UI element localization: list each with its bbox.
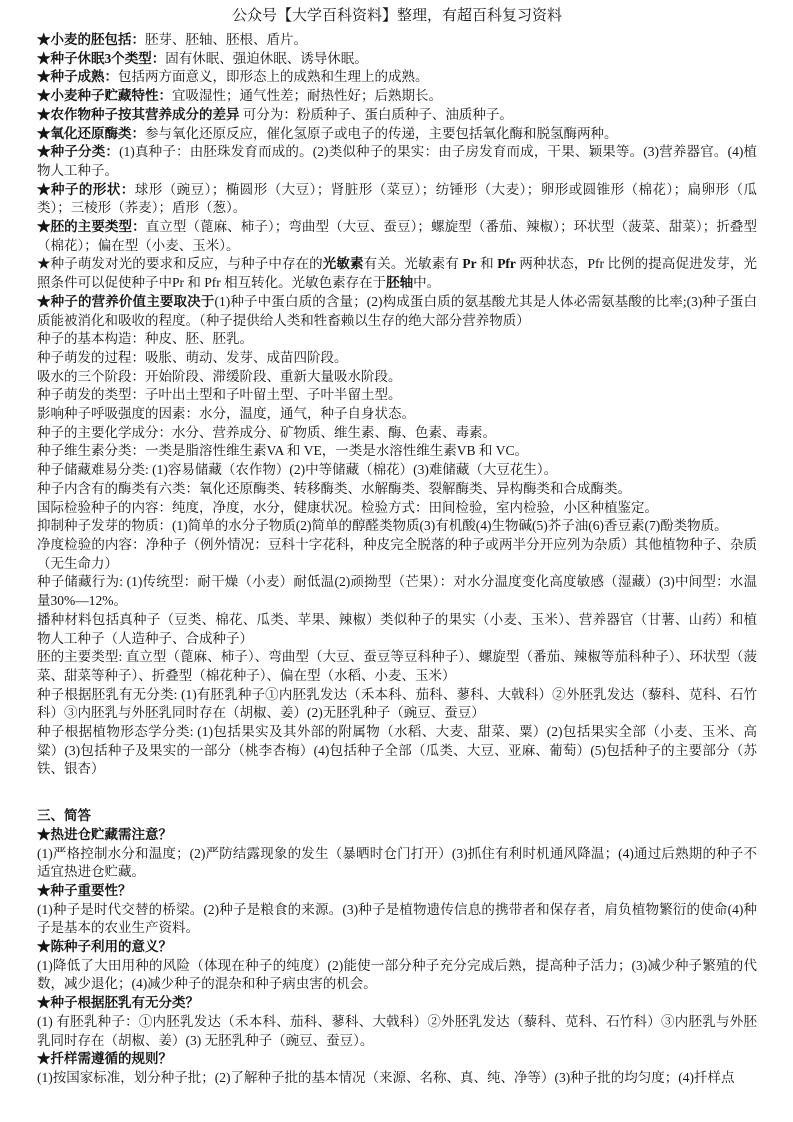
paragraph: 净度检验的内容：净种子（例外情况：豆科十字花科，种皮完全脱落的种子或两半分开应列… (37, 536, 757, 573)
paragraph: 种子的基本构造：种皮、胚、胚乳。 (37, 330, 757, 349)
section-heading: 三、简答 (37, 807, 757, 826)
text-run: 抑制种子发芽的物质：(1)简单的水分子物质(2)简单的醇醛类物质(3)有机酸(4… (37, 518, 728, 533)
text-run-bold: ★种子重要性？ (37, 883, 132, 898)
text-run: (1)降低了大田用种的风险（体现在种子的纯度）(2)能使一部分种子充分完成后熟，… (37, 958, 757, 992)
text-run: 净度检验的内容：净种子（例外情况：豆科十字花科，种皮完全脱落的种子或两半分开应列… (37, 537, 757, 571)
paragraph: 种子维生素分类：一类是脂溶性维生素VA 和 VE，一类是水溶性维生素VB 和 V… (37, 442, 757, 461)
paragraph: ★种子根据胚乳有无分类？ (37, 994, 757, 1013)
document-content: 公众号【大学百科资料】整理，有超百科复习资料 ★小麦的胚包括：胚芽、胚轴、胚根、… (0, 0, 793, 1088)
paragraph: 种子内含有的酶类有六类：氧化还原酶类、转移酶类、水解酶类、裂解酶类、异构酶类和合… (37, 480, 757, 499)
paragraph: 国际检验种子的内容：纯度，净度，水分，健康状况。检验方式：田间检验，室内检验，小… (37, 499, 757, 518)
section-review-notes: ★小麦的胚包括：胚芽、胚轴、胚根、盾片。★种子休眠3个类型：固有休眠、强迫休眠、… (37, 31, 757, 779)
text-run-bold: ★小麦种子贮藏特性： (37, 88, 172, 103)
text-run: 参与氧化还原反应，催化氢原子或电子的传递，主要包括氧化酶和脱氢酶两种。 (145, 126, 618, 141)
text-run: 种子根据胚乳有无分类: (1)有胚乳种子①内胚乳发达（禾本科、茄科、蓼科、大戟科… (37, 687, 757, 721)
text-run: 宜吸湿性；通气性差；耐热性好；后熟期长。 (172, 88, 442, 103)
text-run-bold: ★农作物种子按其营养成分的差异 (37, 107, 240, 122)
paragraph: ★氧化还原酶类：参与氧化还原反应，催化氢原子或电子的传递，主要包括氧化酶和脱氢酶… (37, 125, 757, 144)
text-run-bold: Pfr (497, 256, 516, 271)
text-run: (1)严格控制水分和温度；(2)严防结露现象的发生（暴晒时仓门打开）(3)抓住有… (37, 846, 757, 880)
text-run: 国际检验种子的内容：纯度，净度，水分，健康状况。检验方式：田间检验，室内检验，小… (37, 500, 658, 515)
paragraph: ★农作物种子按其营养成分的差异 可分为：粉质种子、蛋白质种子、油质种子。 (37, 106, 757, 125)
text-run: (1)种子是时代交替的桥梁。(2)种子是粮食的来源。(3)种子是植物遗传信息的携… (37, 902, 757, 936)
text-run: 中。 (413, 275, 440, 290)
paragraph: 抑制种子发芽的物质：(1)简单的水分子物质(2)简单的醇醛类物质(3)有机酸(4… (37, 517, 757, 536)
text-run: 种子的主要化学成分：水分、营养成分、矿物质、维生素、酶、色素、毒素。 (37, 425, 496, 440)
paragraph: 种子储藏行为: (1)传统型：耐干燥（小麦）耐低温(2)顽拗型（芒果）：对水分温… (37, 573, 757, 610)
text-run: 吸水的三个阶段：开始阶段、滞缓阶段、重新大量吸水阶段。 (37, 369, 402, 384)
text-run: (1)按国家标准，划分种子批；(2)了解种子批的基本情况（来源、名称、真、纯、净… (37, 1070, 734, 1085)
paragraph: 种子的主要化学成分：水分、营养成分、矿物质、维生素、酶、色素、毒素。 (37, 424, 757, 443)
text-run: 固有休眠、强迫休眠、诱导休眠。 (165, 51, 368, 66)
paragraph: 种子根据植物形态学分类: (1)包括果实及其外部的附属物（水稻、大麦、甜菜、粟）… (37, 723, 757, 779)
paragraph: ★扦样需遵循的规则？ (37, 1050, 757, 1069)
paragraph: 胚的主要类型: 直立型（蓖麻、柿子）、弯曲型（大豆、蚕豆等豆科种子）、螺旋型（番… (37, 648, 757, 685)
paragraph: (1)按国家标准，划分种子批；(2)了解种子批的基本情况（来源、名称、真、纯、净… (37, 1069, 757, 1088)
paragraph: ★胚的主要类型：直立型（蓖麻、柿子）；弯曲型（大豆、蚕豆）；螺旋型（番茄、辣椒）… (37, 218, 757, 255)
page-title: 公众号【大学百科资料】整理，有超百科复习资料 (37, 6, 757, 27)
document-body: ★小麦的胚包括：胚芽、胚轴、胚根、盾片。★种子休眠3个类型：固有休眠、强迫休眠、… (37, 31, 757, 1088)
text-run: 种子根据植物形态学分类: (1)包括果实及其外部的附属物（水稻、大麦、甜菜、粟）… (37, 724, 757, 776)
paragraph: ★种子休眠3个类型：固有休眠、强迫休眠、诱导休眠。 (37, 50, 757, 69)
text-run: 种子储藏难易分类: (1)容易储藏（农作物）(2)中等储藏（棉花）(3)难储藏（… (37, 462, 557, 477)
text-run: 有关。光敏素有 (364, 256, 463, 271)
paragraph: 播种材料包括真种子（豆类、棉花、瓜类、苹果、辣椒）类似种子的果实（小麦、玉米）、… (37, 611, 757, 648)
text-run-bold: 胚轴 (386, 275, 413, 290)
text-run: 种子维生素分类：一类是脂溶性维生素VA 和 VE，一类是水溶性维生素VB 和 V… (37, 443, 528, 458)
document-page: 公众号【大学百科资料】整理，有超百科复习资料 ★小麦的胚包括：胚芽、胚轴、胚根、… (0, 0, 793, 1122)
text-run: 胚的主要类型: 直立型（蓖麻、柿子）、弯曲型（大豆、蚕豆等豆科种子）、螺旋型（番… (37, 649, 757, 683)
text-run: 影响种子呼吸强度的因素：水分，温度，通气，种子自身状态。 (37, 406, 415, 421)
paragraph: ★种子的营养价值主要取决于(1)种子中蛋白质的含量；(2)构成蛋白质的氨基酸尤其… (37, 293, 757, 330)
text-run-bold: ★种子休眠3个类型： (37, 51, 165, 66)
text-run: 包括两方面意义，即形态上的成熟和生理上的成熟。 (118, 69, 429, 84)
text-run: (1) 有胚乳种子：①内胚乳发达（禾本科、茄科、蓼科、大戟科）②外胚乳发达（藜科… (37, 1014, 757, 1048)
text-run: 种子萌发的过程：吸胀、萌动、发芽、成苗四阶段。 (37, 350, 348, 365)
text-run: 胚芽、胚轴、胚根、盾片。 (145, 32, 307, 47)
paragraph: ★小麦的胚包括：胚芽、胚轴、胚根、盾片。 (37, 31, 757, 50)
text-run-bold: ★种子分类： (37, 144, 119, 159)
paragraph: (1) 有胚乳种子：①内胚乳发达（禾本科、茄科、蓼科、大戟科）②外胚乳发达（藜科… (37, 1013, 757, 1050)
paragraph: ★种子萌发对光的要求和反应，与种子中存在的光敏素有关。光敏素有 Pr 和 Pfr… (37, 255, 757, 292)
paragraph: ★种子的形状：球形（豌豆）；椭圆形（大豆）；肾脏形（菜豆）；纺锤形（大麦）；卵形… (37, 181, 757, 218)
text-run: 可分为：粉质种子、蛋白质种子、油质种子。 (240, 107, 513, 122)
text-run: ★种子萌发对光的要求和反应，与种子中存在的 (37, 256, 323, 271)
paragraph: (1)降低了大田用种的风险（体现在种子的纯度）(2)能使一部分种子充分完成后熟，… (37, 957, 757, 994)
paragraph: 种子萌发的过程：吸胀、萌动、发芽、成苗四阶段。 (37, 349, 757, 368)
section-short-answer: 三、简答★热进仓贮藏需注意？(1)严格控制水分和温度；(2)严防结露现象的发生（… (37, 807, 757, 1088)
text-run: 播种材料包括真种子（豆类、棉花、瓜类、苹果、辣椒）类似种子的果实（小麦、玉米）、… (37, 612, 757, 646)
text-run: 种子的基本构造：种皮、胚、胚乳。 (37, 331, 253, 346)
text-run-bold: ★小麦的胚包括： (37, 32, 145, 47)
paragraph: 种子储藏难易分类: (1)容易储藏（农作物）(2)中等储藏（棉花）(3)难储藏（… (37, 461, 757, 480)
paragraph: (1)严格控制水分和温度；(2)严防结露现象的发生（暴晒时仓门打开）(3)抓住有… (37, 845, 757, 882)
text-run-bold: ★扦样需遵循的规则？ (37, 1051, 172, 1066)
paragraph: 种子根据胚乳有无分类: (1)有胚乳种子①内胚乳发达（禾本科、茄科、蓼科、大戟科… (37, 686, 757, 723)
text-run-bold: ★种子的形状： (37, 182, 135, 197)
text-run: 种子萌发的类型：子叶出土型和子叶留土型、子叶半留土型。 (37, 387, 402, 402)
paragraph: 影响种子呼吸强度的因素：水分，温度，通气，种子自身状态。 (37, 405, 757, 424)
text-run-bold: ★种子根据胚乳有无分类？ (37, 995, 199, 1010)
paragraph: 种子萌发的类型：子叶出土型和子叶留土型、子叶半留土型。 (37, 386, 757, 405)
text-run-bold: ★氧化还原酶类： (37, 126, 145, 141)
text-run: (1)真种子：由胚珠发育而成的。(2)类似种子的果实：由子房发育而成，干果、颖果… (37, 144, 757, 178)
paragraph: (1)种子是时代交替的桥梁。(2)种子是粮食的来源。(3)种子是植物遗传信息的携… (37, 901, 757, 938)
text-run: 直立型（蓖麻、柿子）；弯曲型（大豆、蚕豆）；螺旋型（番茄、辣椒）；环状型（菠菜、… (37, 219, 757, 253)
paragraph: ★种子重要性？ (37, 882, 757, 901)
paragraph: ★种子分类：(1)真种子：由胚珠发育而成的。(2)类似种子的果实：由子房发育而成… (37, 143, 757, 180)
paragraph: 吸水的三个阶段：开始阶段、滞缓阶段、重新大量吸水阶段。 (37, 368, 757, 387)
paragraph: ★小麦种子贮藏特性：宜吸湿性；通气性差；耐热性好；后熟期长。 (37, 87, 757, 106)
text-run-bold: ★胚的主要类型： (37, 219, 146, 234)
text-run-bold: ★种子成熟： (37, 69, 118, 84)
text-run-bold: ★陈种子利用的意义？ (37, 939, 172, 954)
text-run: 种子内含有的酶类有六类：氧化还原酶类、转移酶类、水解酶类、裂解酶类、异构酶类和合… (37, 481, 631, 496)
text-run: 球形（豌豆）；椭圆形（大豆）；肾脏形（菜豆）；纺锤形（大麦）；卵形或圆锥形（棉花… (37, 182, 757, 216)
paragraph: ★热进仓贮藏需注意？ (37, 826, 757, 845)
text-run: 和 (477, 256, 498, 271)
text-run-bold: Pr (462, 256, 476, 271)
text-run: 种子储藏行为: (1)传统型：耐干燥（小麦）耐低温(2)顽拗型（芒果）：对水分温… (37, 574, 757, 608)
text-run-bold: ★热进仓贮藏需注意？ (37, 827, 172, 842)
paragraph: ★陈种子利用的意义？ (37, 938, 757, 957)
text-run-bold: ★种子的营养价值主要取决于 (37, 294, 214, 309)
text-run-bold: 光敏素 (323, 256, 364, 271)
paragraph: ★种子成熟：包括两方面意义，即形态上的成熟和生理上的成熟。 (37, 68, 757, 87)
